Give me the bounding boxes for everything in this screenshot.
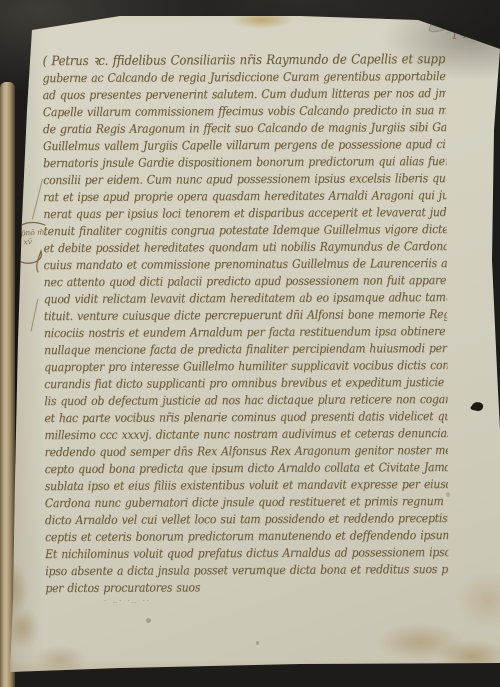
manuscript-line: nec attento quod dicti palacii predicto …: [44, 272, 447, 291]
manuscript-line: quod vidit relictam levavit dictam hered…: [44, 289, 447, 308]
manuscript-line: quapropter pro interesse Guillelmo humil…: [44, 357, 447, 376]
manuscript-line: ad quos presentes pervenerint salutem. C…: [43, 85, 446, 104]
manuscript-line: et hac parte vocibus nr̄is plenarie comi…: [44, 408, 447, 427]
manuscript-line: guberne ac Calcando de regia Jurisdiccio…: [43, 68, 446, 87]
manuscript-line: dicto Arnaldo vel cui vellet loco sui ta…: [45, 510, 448, 529]
folio-number: 141: [450, 25, 491, 42]
manuscript-page: 141 ē p̄nō m̄ lō xv̄ ( Petrus ꝛc. ffidel…: [0, 0, 500, 687]
manuscript-text-block: ( Petrus ꝛc. ffidelibus Consiliariis nr̄…: [43, 51, 494, 615]
manuscript-line: ceptis et ceteris bonorum predictorum ma…: [45, 527, 448, 546]
manuscript-line: curandis fiat dicto supplicanti pro omni…: [44, 374, 447, 393]
manuscript-line: Cardona nunc gubernatori dicte jnsule qu…: [45, 493, 448, 512]
parchment-speck: [256, 641, 259, 645]
manuscript-line: Capelle villarum commissionem ffecimus v…: [43, 102, 446, 121]
manuscript-line: Et nichilominus voluit quod prefatus dic…: [45, 544, 448, 563]
manuscript-line: sublata ipso et eius filiis existentibus…: [45, 476, 448, 495]
parchment-speck: [146, 618, 151, 623]
manuscript-line: tenuit finaliter cognitis congrua potest…: [43, 221, 446, 240]
manuscript-line: nullaque mencione facta de predicta fina…: [44, 340, 447, 359]
manuscript-line: bernatoris jnsule Gardie dispositionem b…: [43, 153, 446, 172]
manuscript-line: et debite possidet hereditates quondam u…: [44, 238, 447, 257]
manuscript-line: de gratia Regis Aragonum in ffecit suo C…: [43, 119, 446, 138]
manuscript-line: ( Petrus ꝛc. ffidelibus Consiliariis nr̄…: [43, 51, 446, 70]
manuscript-line: reddendo quod semper dn̄s Rex Alfonsus R…: [45, 442, 448, 461]
book-gutter-pages: [0, 82, 15, 687]
margin-stroke: [32, 178, 44, 219]
manuscript-line: millesimo ccc xxxvj. dictante nunc nostr…: [44, 425, 447, 444]
manuscript-line: nerat quas per ipsius loci tenorem et di…: [43, 204, 446, 223]
margin-stroke: [30, 298, 38, 332]
manuscript-line: consilii per eidem. Cum nunc apud posses…: [43, 170, 446, 189]
manuscript-line: tituit. venture cuiusque dicte percrepue…: [44, 306, 447, 325]
parchment-speck: [446, 492, 450, 497]
manuscript-line: cuius mandato et commissione prenominatu…: [44, 255, 447, 274]
faint-offset-mark: · ‥· ·‥ ··: [104, 597, 151, 605]
manuscript-photo: 141 ē p̄nō m̄ lō xv̄ ( Petrus ꝛc. ffidel…: [0, 0, 500, 687]
manuscript-line: per dictos procuratores suos: [45, 578, 448, 597]
manuscript-line: ipso absente a dicta jnsula posset verum…: [45, 561, 448, 580]
manuscript-line: rat et ipse apud proprie opera quasdam h…: [43, 187, 446, 206]
manuscript-line: cepto quod bona predicta que ipsum dicto…: [45, 459, 448, 478]
manuscript-line: Guillelmus vallem Jurgiis Capelle villar…: [43, 136, 446, 155]
manuscript-line: lis quod ob defectum justicie ad nos hac…: [44, 391, 447, 410]
manuscript-line: nicociis nostris et eundem Arnaldum per …: [44, 323, 447, 342]
